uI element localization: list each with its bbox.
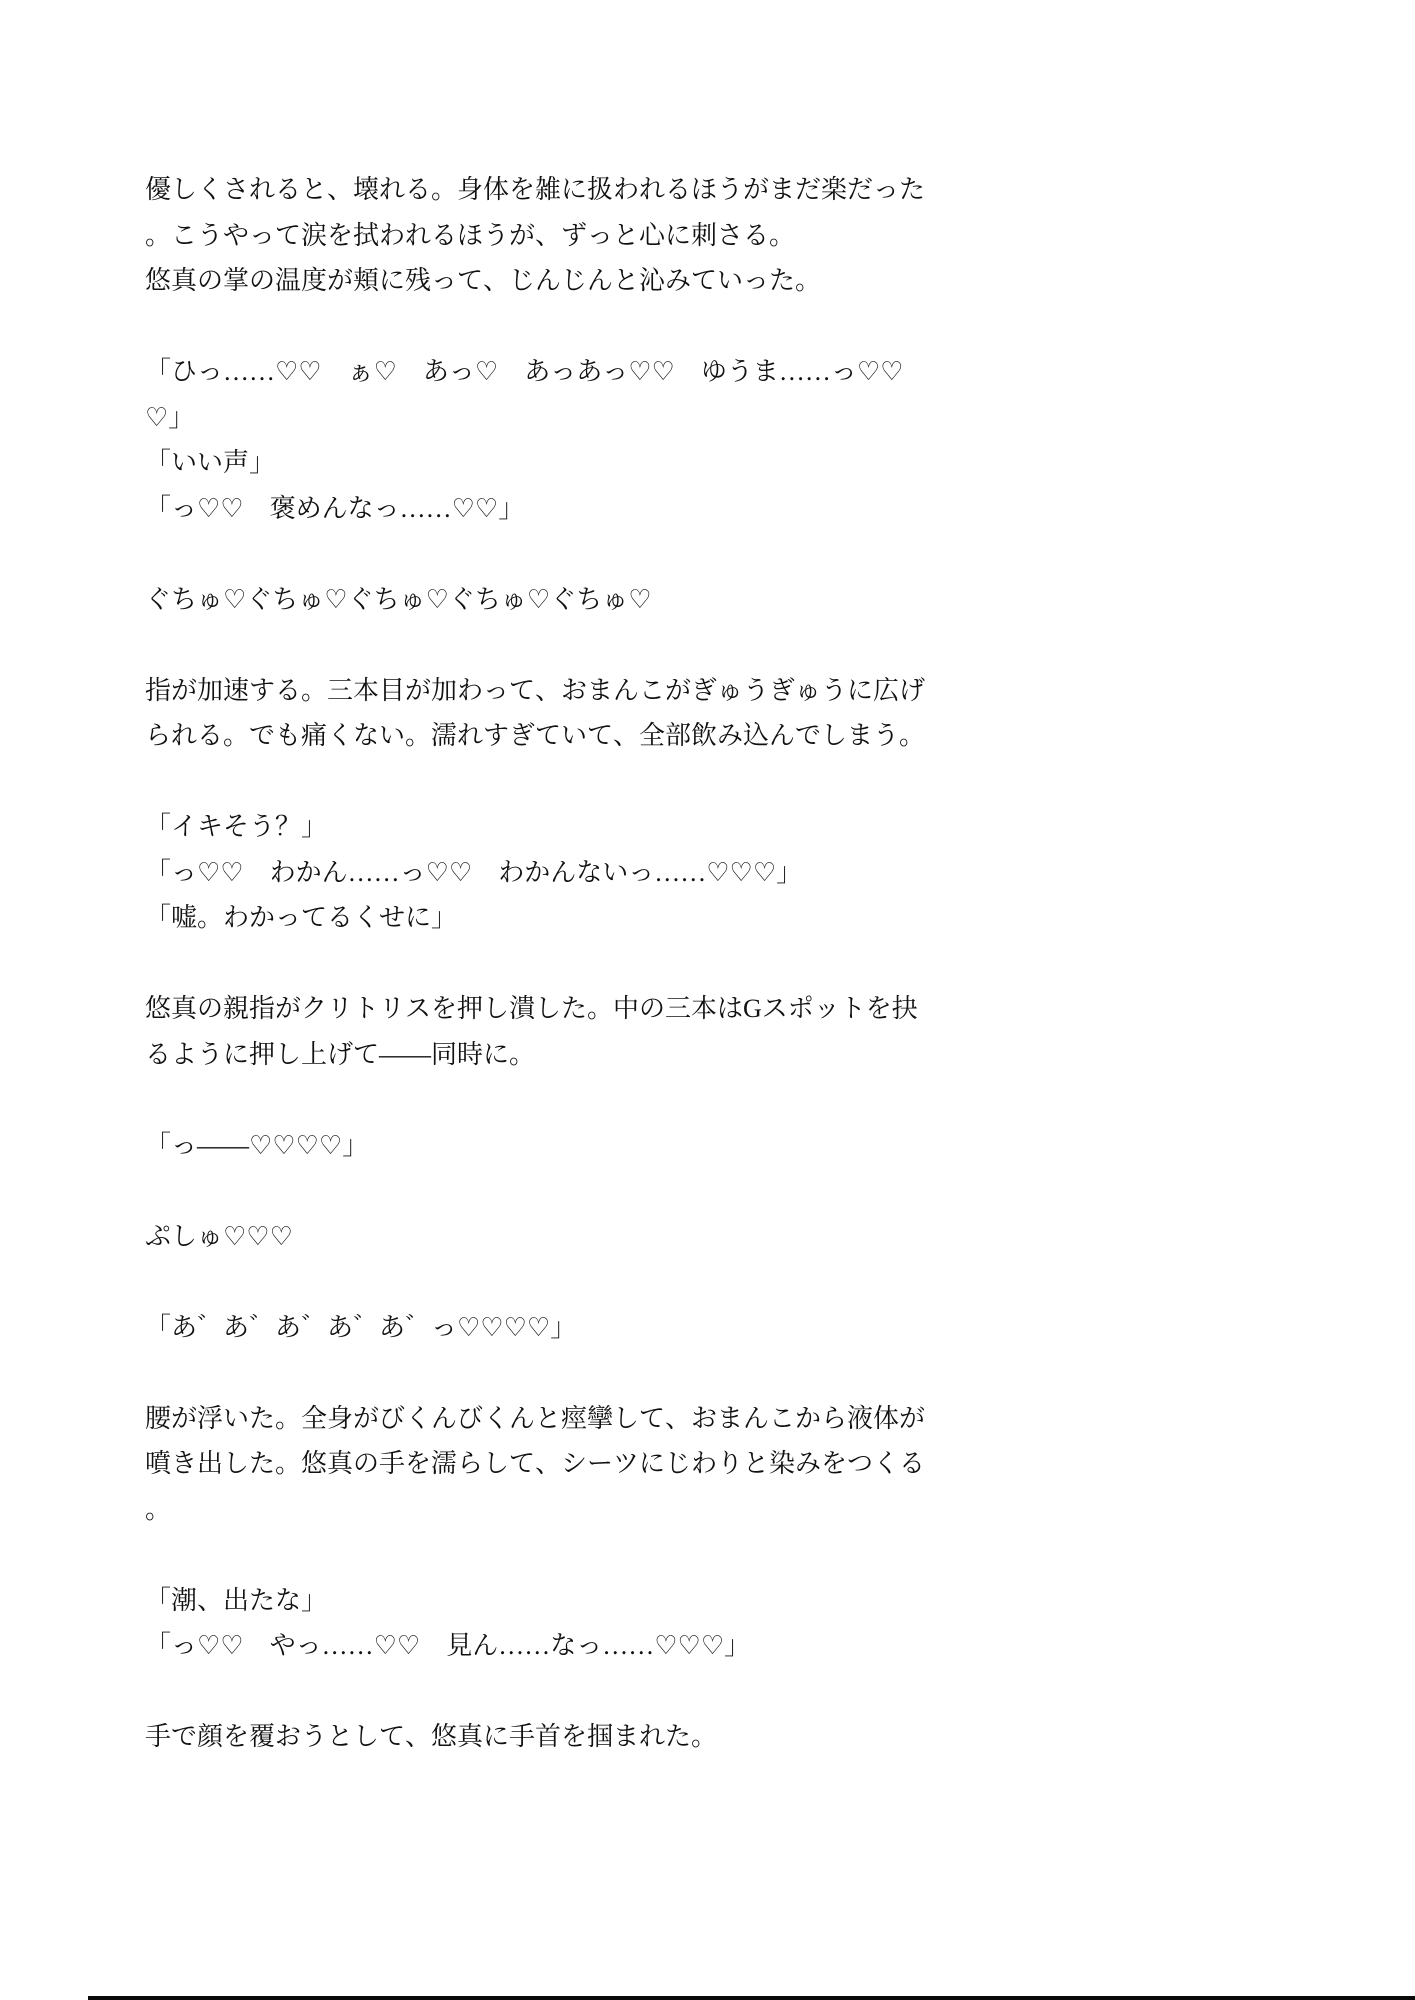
text-line: 。 xyxy=(145,1487,975,1533)
blank-line xyxy=(145,1350,975,1396)
blank-line xyxy=(145,1259,975,1305)
blank-line xyxy=(145,1168,975,1214)
blank-line xyxy=(145,1532,975,1578)
text-line: ぷしゅ♡♡♡ xyxy=(145,1214,975,1260)
text-line: 腰が浮いた。全身がびくんびくんと痙攣して、おまんこから液体が xyxy=(145,1396,975,1442)
text-line: 。こうやって涙を拭われるほうが、ずっと心に刺さる。 xyxy=(145,213,975,259)
text-line: 「っ♡♡ わかん……っ♡♡ わかんないっ……♡♡♡」 xyxy=(145,850,975,896)
text-block: 優しくされると、壊れる。身体を雑に扱われるほうがまだ楽だった。こうやって涙を拭わ… xyxy=(145,167,975,1760)
text-line: 優しくされると、壊れる。身体を雑に扱われるほうがまだ楽だった xyxy=(145,167,975,213)
blank-line xyxy=(145,531,975,577)
text-line: 「イキそう？」 xyxy=(145,804,975,850)
text-line: 指が加速する。三本目が加わって、おまんこがぎゅうぎゅうに広げ xyxy=(145,668,975,714)
text-line: 手で顔を覆おうとして、悠真に手首を掴まれた。 xyxy=(145,1714,975,1760)
text-line: 悠真の親指がクリトリスを押し潰した。中の三本はGスポットを抉 xyxy=(145,986,975,1032)
text-line: るように押し上げて――同時に。 xyxy=(145,1032,975,1078)
blank-line xyxy=(145,304,975,350)
next-page-edge xyxy=(88,1996,1415,2000)
blank-line xyxy=(145,622,975,668)
text-line: 「っ♡♡ やっ……♡♡ 見ん……なっ……♡♡♡」 xyxy=(145,1623,975,1669)
text-line: ♡」 xyxy=(145,395,975,441)
blank-line xyxy=(145,1669,975,1715)
blank-line xyxy=(145,1077,975,1123)
text-line: 「潮、出たな」 xyxy=(145,1578,975,1624)
text-line: られる。でも痛くない。濡れすぎていて、全部飲み込んでしまう。 xyxy=(145,713,975,759)
text-line: 「っ♡♡ 褒めんなっ……♡♡」 xyxy=(145,486,975,532)
text-line: 「いい声」 xyxy=(145,440,975,486)
document-page: 優しくされると、壊れる。身体を雑に扱われるほうがまだ楽だった。こうやって涙を拭わ… xyxy=(0,0,1415,2000)
text-line: ぐちゅ♡ぐちゅ♡ぐちゅ♡ぐちゅ♡ぐちゅ♡ xyxy=(145,577,975,623)
blank-line xyxy=(145,941,975,987)
text-line: 悠真の掌の温度が頬に残って、じんじんと沁みていった。 xyxy=(145,258,975,304)
text-line: 「っ――♡♡♡♡」 xyxy=(145,1123,975,1169)
text-line: 噴き出した。悠真の手を濡らして、シーツにじわりと染みをつくる xyxy=(145,1441,975,1487)
text-line: 「あ゛あ゛あ゛あ゛あ゛っ♡♡♡♡」 xyxy=(145,1305,975,1351)
text-line: 「嘘。わかってるくせに」 xyxy=(145,895,975,941)
text-line: 「ひっ……♡♡ ぁ♡ あっ♡ あっあっ♡♡ ゆうま……っ♡♡ xyxy=(145,349,975,395)
blank-line xyxy=(145,759,975,805)
